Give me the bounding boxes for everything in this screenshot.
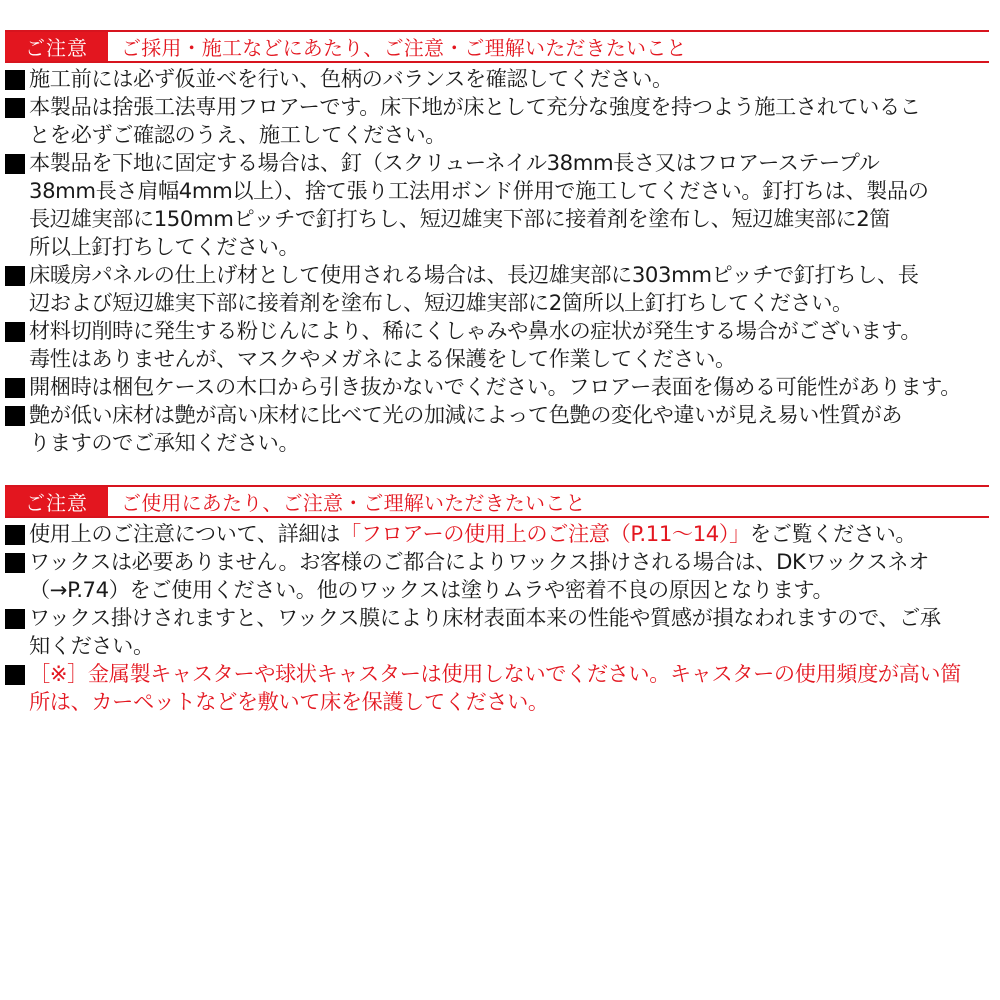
square-bullet-icon <box>5 322 25 342</box>
notice-section-usage: ご注意 ご使用にあたり、ご注意・ご理解いただきたいこと 使用上のご注意について、… <box>5 485 989 716</box>
list-item: 施工前には必ず仮並べを行い、色柄のバランスを確認してください。 <box>5 65 989 93</box>
list-item: 本製品は捨張工法専用フロアーです。床下地が床として充分な強度を持つよう施工されて… <box>5 93 989 149</box>
section-header: ご注意 ご使用にあたり、ご注意・ご理解いただきたいこと <box>5 485 989 518</box>
section-title: ご使用にあたり、ご注意・ご理解いただきたいこと <box>108 487 586 516</box>
square-bullet-icon <box>5 70 25 90</box>
square-bullet-icon <box>5 98 25 118</box>
notice-list: 施工前には必ず仮並べを行い、色柄のバランスを確認してください。 本製品は捨張工法… <box>5 65 989 457</box>
notice-tag: ご注意 <box>5 487 108 516</box>
section-header: ご注意 ご採用・施工などにあたり、ご注意・ご理解いただきたいこと <box>5 30 989 63</box>
list-item: ワックス掛けされますと、ワックス膜により床材表面本来の性能や質感が損なわれますの… <box>5 604 989 660</box>
square-bullet-icon <box>5 154 25 174</box>
list-item: ワックスは必要ありません。お客様のご都合によりワックス掛けされる場合は、DKワッ… <box>5 548 989 604</box>
notice-tag: ご注意 <box>5 32 108 61</box>
square-bullet-icon <box>5 266 25 286</box>
square-bullet-icon <box>5 553 25 573</box>
reference-link-text: 「フロアーの使用上のご注意（P.11〜14）」 <box>340 521 750 546</box>
list-item: 本製品を下地に固定する場合は、釘（スクリューネイル38mm長さ又はフロアーステー… <box>5 149 989 261</box>
square-bullet-icon <box>5 665 25 685</box>
list-item: 材料切削時に発生する粉じんにより、稀にくしゃみや鼻水の症状が発生する場合がござい… <box>5 317 989 373</box>
section-title: ご採用・施工などにあたり、ご注意・ご理解いただきたいこと <box>108 32 687 61</box>
square-bullet-icon <box>5 406 25 426</box>
list-item: 使用上のご注意について、詳細は「フロアーの使用上のご注意（P.11〜14）」をご… <box>5 520 989 548</box>
square-bullet-icon <box>5 525 25 545</box>
list-item: 床暖房パネルの仕上げ材として使用される場合は、長辺雄実部に303mmピッチで釘打… <box>5 261 989 317</box>
list-item: 開梱時は梱包ケースの木口から引き抜かないでください。フロアー表面を傷める可能性が… <box>5 373 989 401</box>
list-item-warning: ［※］金属製キャスターや球状キャスターは使用しないでください。キャスターの使用頻… <box>5 660 989 716</box>
list-item: 艶が低い床材は艶が高い床材に比べて光の加減によって色艶の変化や違いが見え易い性質… <box>5 401 989 457</box>
notice-list: 使用上のご注意について、詳細は「フロアーの使用上のご注意（P.11〜14）」をご… <box>5 520 989 716</box>
notice-section-installation: ご注意 ご採用・施工などにあたり、ご注意・ご理解いただきたいこと 施工前には必ず… <box>5 30 989 457</box>
square-bullet-icon <box>5 378 25 398</box>
square-bullet-icon <box>5 609 25 629</box>
